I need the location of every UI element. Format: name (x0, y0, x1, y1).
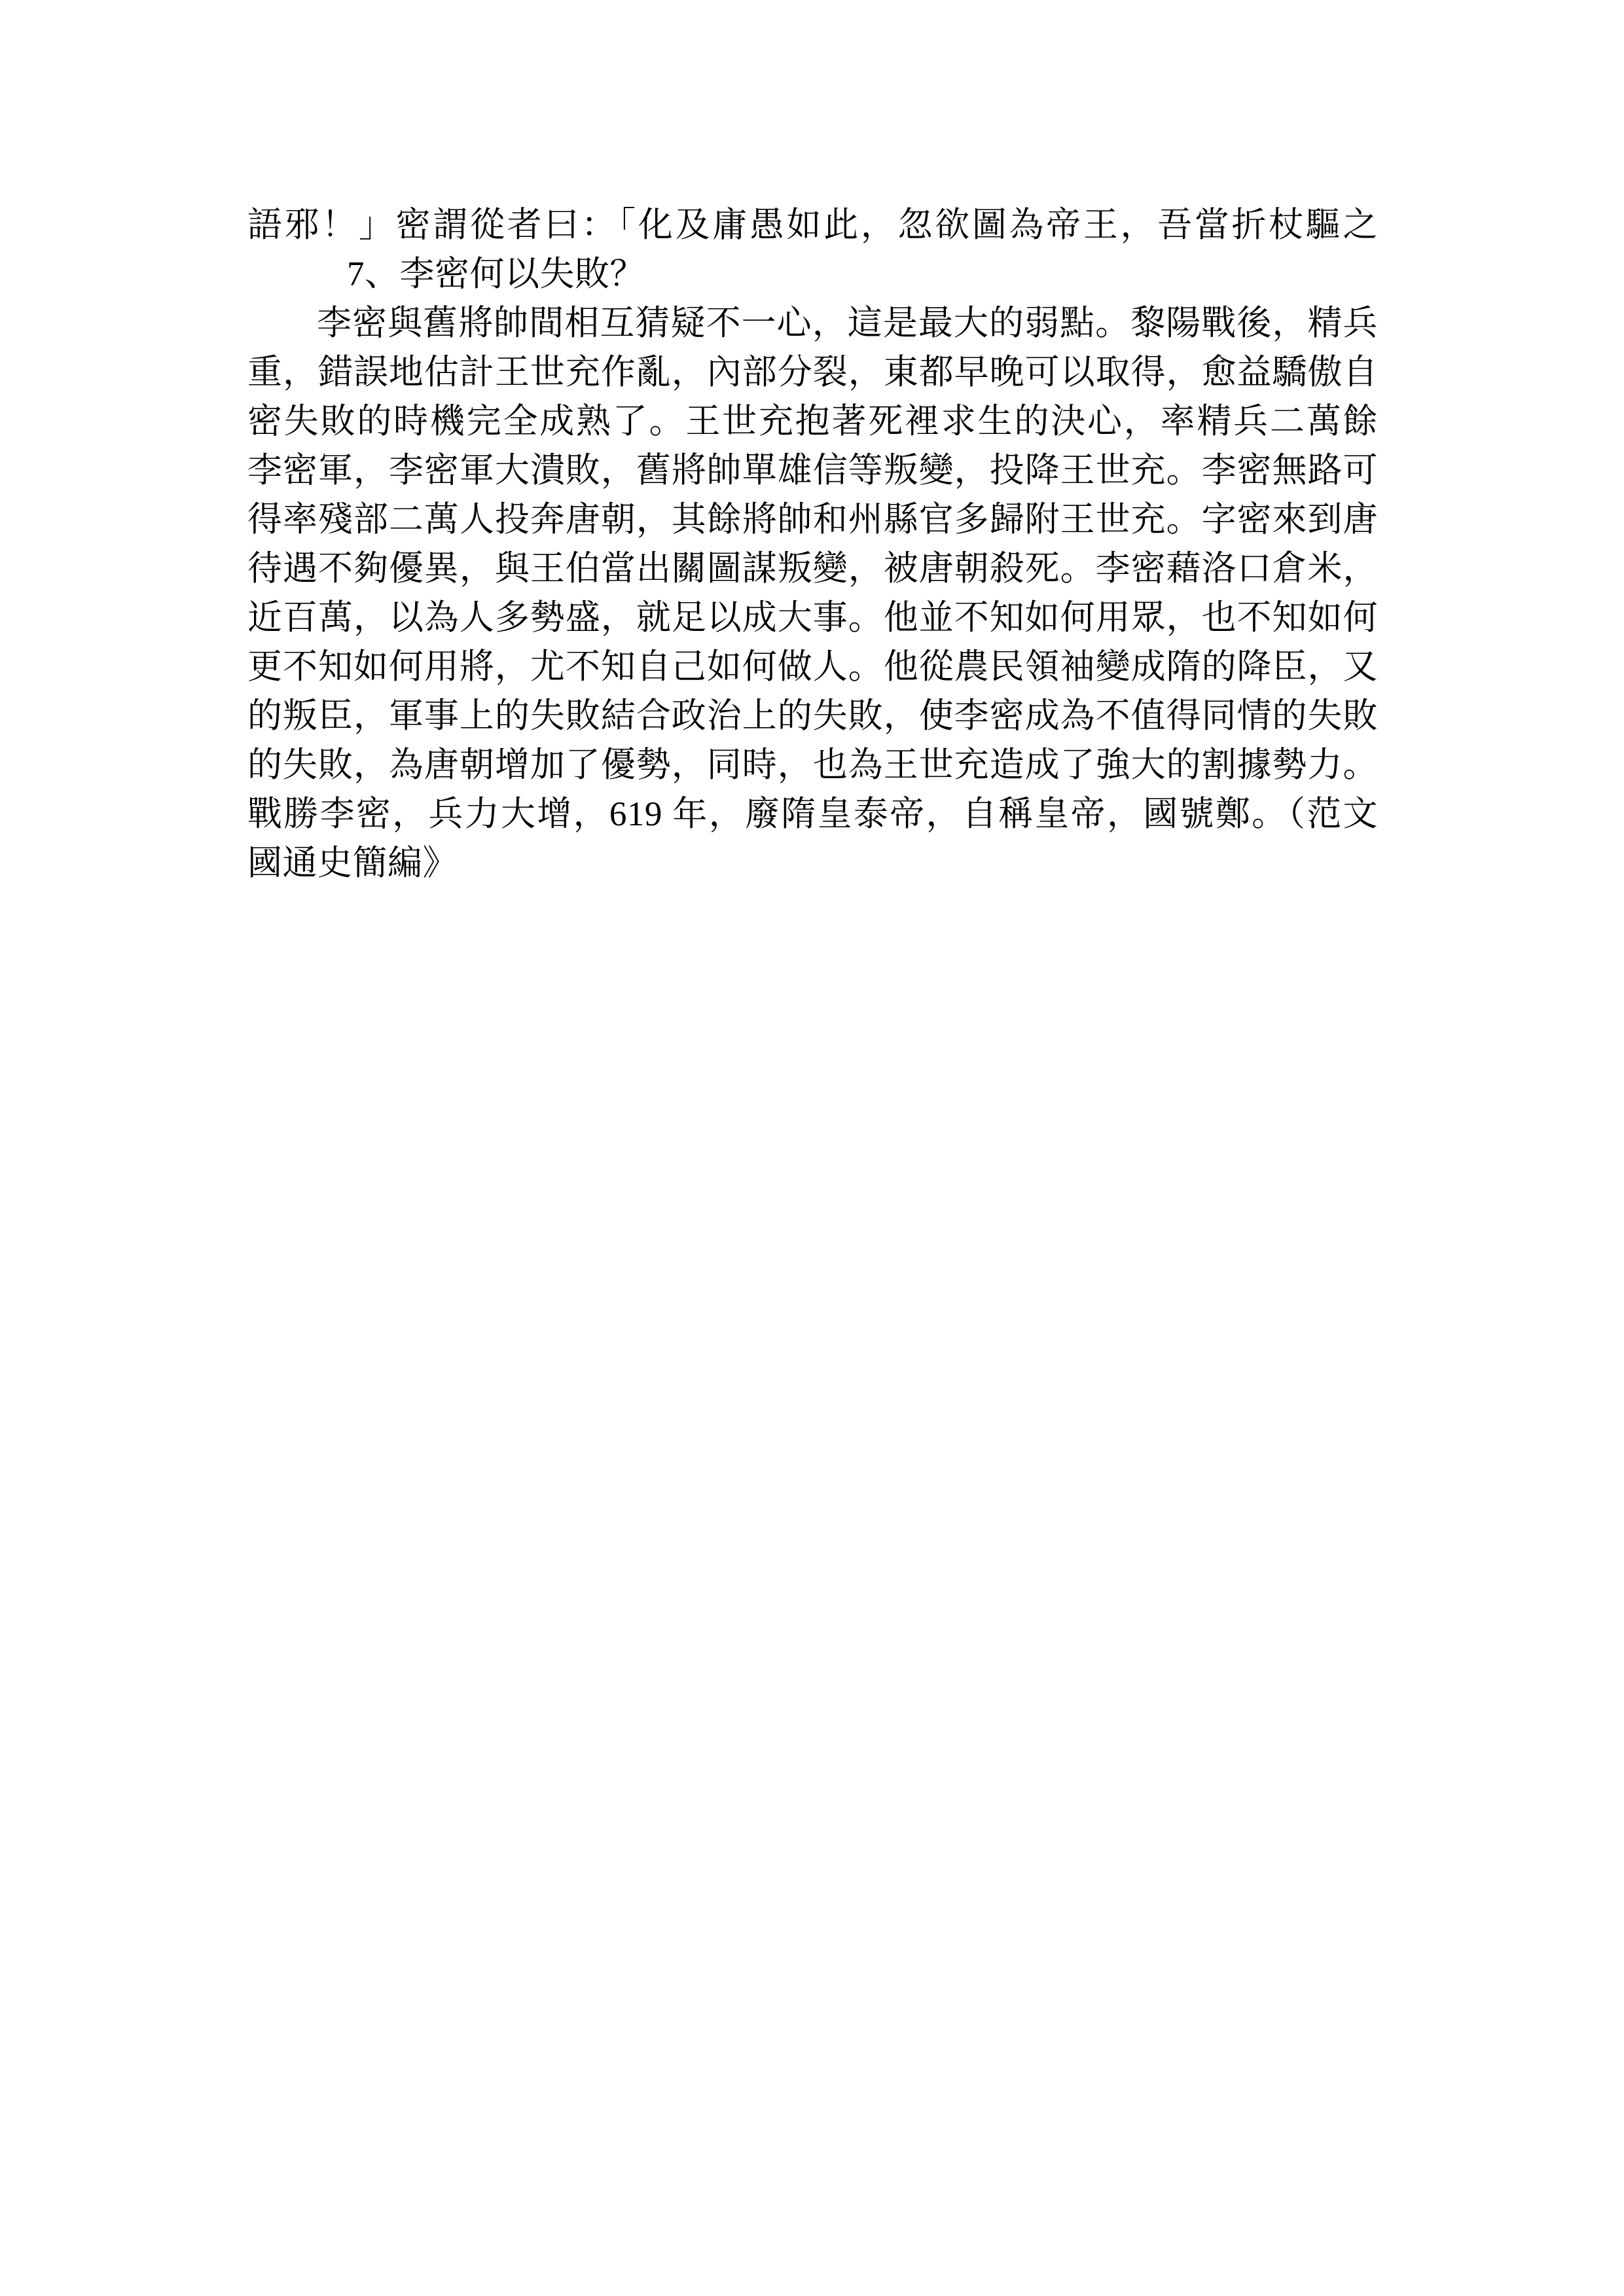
intro-line: 語邪！」密謂從者曰：「化及庸愚如此，忽欲圖為帝王，吾當折杖驅之耳！」（618） (247, 201, 1378, 250)
section-heading: 7、李密何以失敗？ (247, 250, 1378, 299)
paragraph-line: 國通史簡編》 (247, 839, 1378, 888)
paragraph: 李密與舊將帥間相互猜疑不一心，這是最大的弱點。黎陽戰後，精兵損失極重，錯誤地估計… (247, 299, 1378, 888)
paragraph-line: 李密軍，李密軍大潰敗，舊將帥單雄信等叛變，投降王世充。李密無路可走，只 (247, 446, 1378, 495)
paragraph-line: 更不知如何用將，尤不知自己如何做人。他從農民領袖變成隋的降臣，又變成唐 (247, 643, 1378, 692)
text-block: 語邪！」密謂從者曰：「化及庸愚如此，忽欲圖為帝王，吾當折杖驅之耳！」（618） … (247, 201, 1378, 888)
paragraph-line: 近百萬，以為人多勢盛，就足以成大事。他並不知如何用眾，也不知如何用兵， (247, 594, 1378, 643)
paragraph-line: 得率殘部二萬人投奔唐朝，其餘將帥和州縣官多歸附王世充。字密來到唐朝，嫌 (247, 495, 1378, 545)
paragraph-line: 的失敗，為唐朝增加了優勢，同時，也為王世充造成了強大的割據勢力。王世充 (247, 741, 1378, 790)
paragraph-line: 的叛臣，軍事上的失敗結合政治上的失敗，使李密成為不值得同情的失敗者。他 (247, 692, 1378, 741)
paragraph-line: 戰勝李密，兵力大增，619 年，廢隋皇泰帝，自稱皇帝，國號鄭。（范文瀾，《中 (247, 790, 1378, 839)
paragraph-line: 李密與舊將帥間相互猜疑不一心，這是最大的弱點。黎陽戰後，精兵損失極 (247, 299, 1378, 348)
paragraph-line: 待遇不夠優異，與王伯當出關圖謀叛變，被唐朝殺死。李密藉洛口倉米，聚眾將 (247, 545, 1378, 594)
paragraph-line: 密失敗的時機完全成熟了。王世充抱著死裡求生的決心，率精兵二萬餘人，攻擊 (247, 397, 1378, 446)
document-page: 語邪！」密謂從者曰：「化及庸愚如此，忽欲圖為帝王，吾當折杖驅之耳！」（618） … (0, 0, 1624, 2296)
paragraph-line: 重，錯誤地估計王世充作亂，內部分裂，東都早晚可以取得，愈益驕傲自滿，李 (247, 348, 1378, 397)
